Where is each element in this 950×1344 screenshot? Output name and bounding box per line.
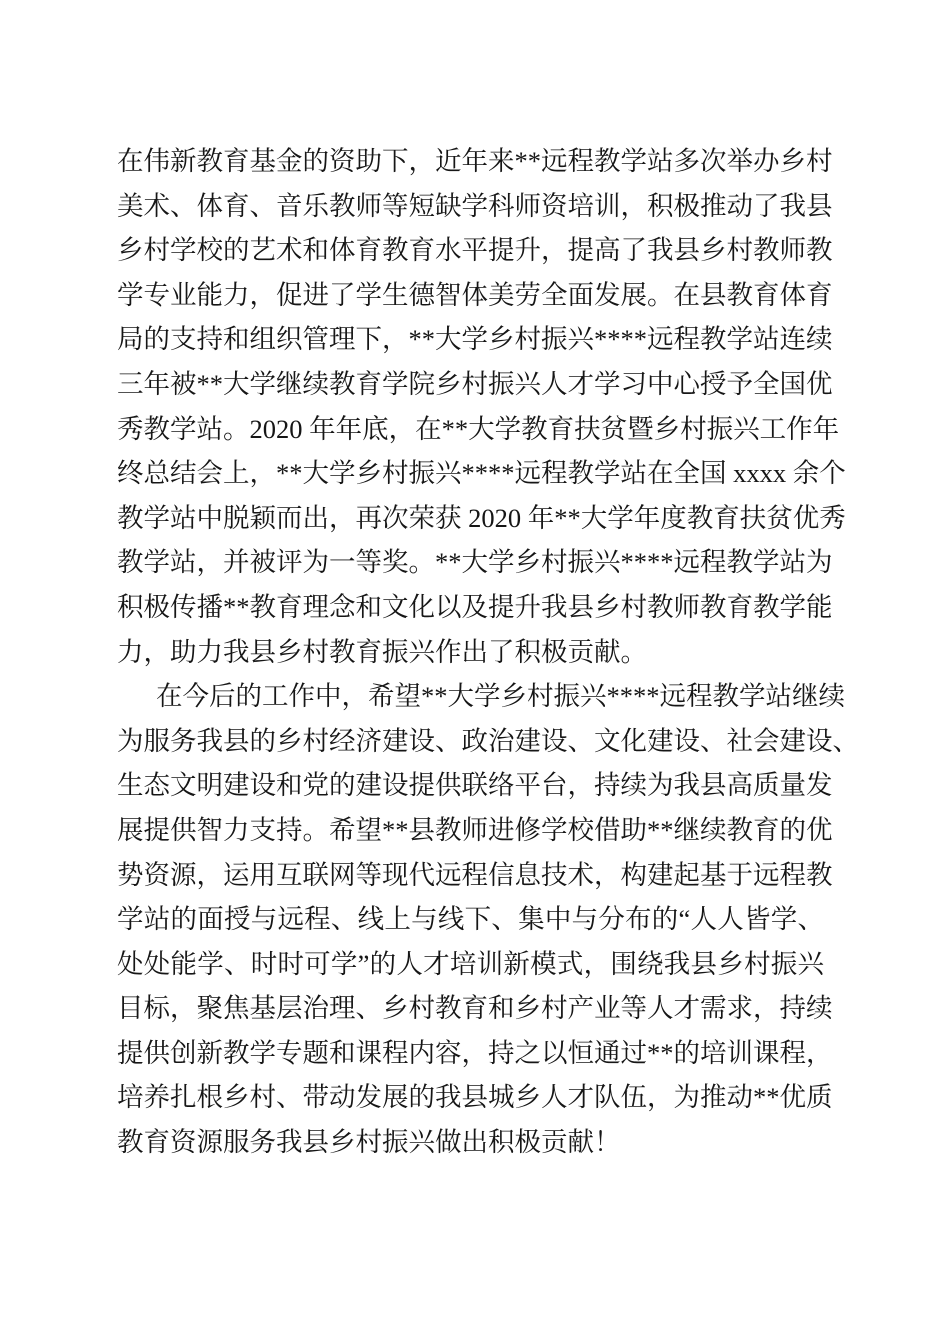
paragraph-2: 在今后的工作中，希望**大学乡村振兴****远程教学站继续 为服务我县的乡村经济…: [117, 674, 824, 1165]
text-line: 处处能学、时时可学”的人才培训新模式，围绕我县乡村振兴: [117, 942, 824, 987]
text-line: 势资源，运用互联网等现代远程信息技术，构建起基于远程教: [117, 853, 824, 898]
text-line: 积极传播**教育理念和文化以及提升我县乡村教师教育教学能: [117, 585, 824, 630]
text-line: 秀教学站。2020 年年底，在**大学教育扶贫暨乡村振兴工作年: [117, 407, 824, 452]
text-line: 学站的面授与远程、线上与线下、集中与分布的“人人皆学、: [117, 897, 824, 942]
text-line: 展提供智力支持。希望**县教师进修学校借助**继续教育的优: [117, 808, 824, 853]
text-line: 教学站，并被评为一等奖。**大学乡村振兴****远程教学站为: [117, 540, 824, 585]
text-line: 终总结会上，**大学乡村振兴****远程教学站在全国 xxxx 余个: [117, 451, 824, 496]
text-line: 美术、体育、音乐教师等短缺学科师资培训，积极推动了我县: [117, 184, 824, 229]
text-line: 教学站中脱颖而出，再次荣获 2020 年**大学年度教育扶贫优秀: [117, 496, 824, 541]
text-line: 在伟新教育基金的资助下，近年来**远程教学站多次举办乡村: [117, 139, 824, 184]
text-line: 乡村学校的艺术和体育教育水平提升，提高了我县乡村教师教: [117, 228, 824, 273]
text-line: 提供创新教学专题和课程内容，持之以恒通过**的培训课程，: [117, 1031, 824, 1076]
text-line: 目标，聚焦基层治理、乡村教育和乡村产业等人才需求，持续: [117, 986, 824, 1031]
text-line: 培养扎根乡村、带动发展的我县城乡人才队伍，为推动**优质: [117, 1075, 824, 1120]
text-line: 生态文明建设和党的建设提供联络平台，持续为我县高质量发: [117, 763, 824, 808]
text-line: 教育资源服务我县乡村振兴做出积极贡献！: [117, 1120, 824, 1165]
text-line: 为服务我县的乡村经济建设、政治建设、文化建设、社会建设、: [117, 719, 824, 764]
text-line: 三年被**大学继续教育学院乡村振兴人才学习中心授予全国优: [117, 362, 824, 407]
text-line: 学专业能力，促进了学生德智体美劳全面发展。在县教育体育: [117, 273, 824, 318]
text-line: 在今后的工作中，希望**大学乡村振兴****远程教学站继续: [117, 674, 824, 719]
text-line: 局的支持和组织管理下，**大学乡村振兴****远程教学站连续: [117, 317, 824, 362]
paragraph-1: 在伟新教育基金的资助下，近年来**远程教学站多次举办乡村 美术、体育、音乐教师等…: [117, 139, 824, 674]
text-block: 在伟新教育基金的资助下，近年来**远程教学站多次举办乡村 美术、体育、音乐教师等…: [117, 139, 824, 1165]
document-page: 在伟新教育基金的资助下，近年来**远程教学站多次举办乡村 美术、体育、音乐教师等…: [0, 0, 950, 1344]
text-line: 力，助力我县乡村教育振兴作出了积极贡献。: [117, 630, 824, 675]
